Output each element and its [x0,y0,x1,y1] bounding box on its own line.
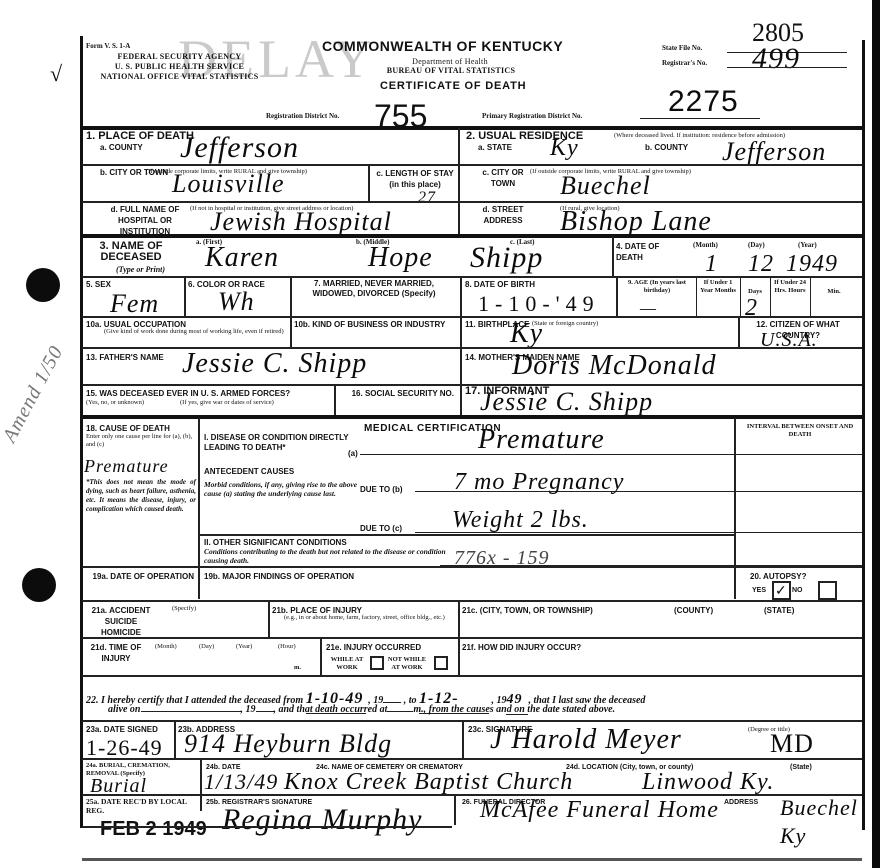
autopsy-yes-label: YES [752,585,766,596]
death-month-value: 1 [705,250,718,278]
death-day-value: 12 [748,250,774,278]
registrar-signature-value: Regina Murphy [222,806,422,834]
divider [460,201,862,203]
divider [460,385,462,415]
death-day-label: (Day) [748,242,765,250]
divider [82,794,862,796]
divider [740,277,741,317]
left-border [80,36,83,828]
form-number: Form V. S. 1-A [86,43,130,51]
minutes-label: Min. [814,288,854,296]
bureau: BUREAU OF VITAL STATISTICS [366,66,536,76]
place-of-injury-note: (e.g., in or about home, farm, factory, … [284,614,456,622]
funeral-address-label: ADDRESS [724,797,758,808]
divider [82,316,862,318]
underline [360,454,862,455]
residence-county-value: Jefferson [722,138,826,166]
divider [458,128,460,234]
residence-city-label: c. CITY OR TOWN [478,167,528,189]
operation-findings-label: 19b. MAJOR FINDINGS OF OPERATION [204,571,354,582]
punch-hole [22,568,56,602]
divider [82,675,862,677]
received-date-stamp: FEB 2 1949 [100,818,207,841]
divider [82,276,862,278]
divider [320,638,322,675]
divider [82,201,458,203]
divider [810,277,811,317]
primary-district-label: Primary Registration District No. [482,113,582,121]
while-at-work-checkbox[interactable] [370,656,384,670]
agency-line: U. S. PUBLIC HEALTH SERVICE [82,62,277,72]
cause-of-death-note: Enter only one cause per line for (a), (… [86,433,196,448]
armed-forces-label: 15. WAS DECEASED EVER IN U. S. ARMED FOR… [86,388,290,399]
last-name-value: Shipp [470,244,543,272]
place-of-death-heading: 1. PLACE OF DEATH [86,131,194,142]
divider [82,826,452,828]
divider [460,348,462,384]
divider [82,720,862,722]
cemetery-value: Knox Creek Baptist Church [284,768,573,796]
mother-name-value: Doris McDonald [512,352,717,380]
physician-address-value: 914 Heyburn Bldg [184,730,392,758]
divider [82,637,862,639]
punch-hole [26,268,60,302]
divider [462,721,464,758]
time-of-injury-label: 21d. TIME OF INJURY [86,642,146,664]
not-while-at-work-label: NOT WHILE AT WORK [384,656,430,671]
death-month-label: (Month) [693,242,718,250]
birthplace-value: Ky [510,320,543,348]
residence-street-value: Bishop Lane [560,208,712,236]
divider [734,567,736,599]
line-a-value: Premature [478,426,605,454]
name-of-deceased-label: 3. NAME OF DECEASED [86,241,176,263]
burial-date-value: 1/13/49 [204,768,278,796]
interval-label: INTERVAL BETWEEN ONSET AND DEATH [740,423,860,438]
divider [612,236,614,276]
primary-district-value: 2275 [668,88,739,116]
residence-city-value: Buechel [560,172,651,200]
middle-name-value: Hope [368,244,433,272]
death-county-value: Jefferson [180,134,299,162]
certification-statement-line2: alive on, 19, and that death occurred at… [108,704,615,715]
injury-county-label: (COUNTY) [674,605,713,616]
divider [738,317,740,347]
divider [184,277,186,317]
burial-location-state-label: (State) [790,762,812,773]
not-while-at-work-checkbox[interactable] [434,656,448,670]
occupation-note: (Give kind of work done during most of w… [104,328,284,336]
time-hour-label: (Hour) [278,643,296,651]
autopsy-yes-checkbox[interactable]: ✓ [772,581,791,600]
divider [770,277,771,317]
divider [198,534,734,536]
scan-edge [872,0,880,868]
residence-state-value: Ky [550,134,579,162]
divider [200,759,202,811]
statement-text: alive on [108,704,141,715]
due-c-value: Weight 2 lbs. [452,506,589,534]
date-of-birth-label: 8. DATE OF BIRTH [465,279,535,290]
business-label: 10b. KIND OF BUSINESS OR INDUSTRY [294,319,454,330]
divider [460,164,862,166]
divider [368,165,370,201]
divider [82,164,458,166]
divider [290,317,292,347]
received-date-label: 25a. DATE REC'D BY LOCAL REG. [86,797,196,815]
burial-location-value: Linwood Ky. [642,768,774,796]
antecedent-label: ANTECEDENT CAUSES [204,466,294,477]
registration-district-label: Registration District No. [266,113,339,121]
date-of-death-label: 4. DATE OF DEATH [616,241,662,263]
divider [174,721,176,758]
check-mark-icon: ✓ [775,584,787,596]
bottom-edge [82,858,862,861]
cause-margin-value: Premature [84,452,169,480]
county-label: a. COUNTY [100,142,143,153]
injury-city-label: 21c. (CITY, TOWN, OR TOWNSHIP) [462,605,593,616]
time-suffix: m. [294,664,301,672]
degree-value: MD [770,730,814,758]
death-year-label: (Year) [798,242,817,250]
statement-text: , 19 [241,704,256,715]
father-name-value: Jessie C. Shipp [182,350,367,378]
cause-footnote: *This does not mean the mode of dying, s… [86,478,196,514]
autopsy-no-checkbox[interactable] [818,581,837,600]
time-day-label: (Day) [199,643,214,651]
name-sub-label: (Type or Print) [116,265,165,274]
other-conditions-note: Conditions contributing to the death but… [204,547,454,565]
margin-amend-note: Amend 1/50 [0,341,70,448]
registrar-no-value: 499 [752,45,800,73]
hospital-label: d. FULL NAME OF HOSPITAL OR INSTITUTION [100,204,190,237]
divider [696,277,697,317]
armed-forces-note: (Yes, no, or unknown) [86,399,144,407]
time-year-label: (Year) [236,643,252,651]
funeral-director-value: McAfee Funeral Home [480,796,719,824]
how-injury-occurred-label: 21f. HOW DID INJURY OCCUR? [462,642,581,653]
residence-state-label: a. STATE [478,142,512,153]
antecedent-note: Morbid conditions, if any, giving rise t… [204,480,374,498]
divider [454,795,456,825]
first-name-value: Karen [205,244,279,272]
state-title: COMMONWEALTH OF KENTUCKY [322,38,563,54]
hours-label: If Under 24 Hrs. Hours [772,279,808,294]
residence-county-label: b. COUNTY [645,142,688,153]
social-security-label: 16. SOCIAL SECURITY NO. [338,388,454,399]
months-label: If Under 1 Year Months [698,279,738,294]
divider [734,418,736,566]
divider [460,277,462,317]
due-b-label: DUE TO (b) [360,484,403,495]
divider [290,277,292,317]
registrar-no-label: Registrar's No. [662,60,707,68]
due-b-value: 7 mo Pregnancy [454,468,624,496]
death-certificate-scan: √ Amend 1/50 DELAY Form V. S. 1-A FEDERA… [0,0,880,868]
informant-value: Jessie C. Shipp [480,388,653,416]
agency-line: FEDERAL SECURITY AGENCY [82,52,277,62]
spacer [200,458,201,460]
divider [460,317,462,347]
due-c-label: DUE TO (c) [360,523,402,534]
agency-block: FEDERAL SECURITY AGENCY U. S. PUBLIC HEA… [82,52,277,82]
death-city-value: Louisville [172,170,285,198]
date-of-birth-value: 1-10-'49 [478,290,600,318]
accident-note: (Specify) [172,605,196,613]
line-a-label: (a) [348,448,358,459]
length-of-stay-label: c. LENGTH OF STAY (in this place) [374,168,456,190]
agency-line: NATIONAL OFFICE VITAL STATISTICS [82,72,277,82]
divider [82,600,862,602]
statement-text: , and that death occurred at [274,704,388,715]
death-year-value: 1949 [786,250,838,278]
sex-value: Fem [110,290,159,318]
accident-label: 21a. ACCIDENT SUICIDE HOMICIDE [86,605,156,638]
divider [268,601,270,637]
sex-label: 5. SEX [86,279,111,290]
divider [334,385,336,415]
residence-street-label: d. STREET ADDRESS [478,204,528,226]
operation-date-label: 19a. DATE OF OPERATION [86,571,194,582]
underline [640,118,760,119]
statement-text: m., from the causes and on the date stat… [413,704,615,715]
divider [82,758,862,760]
citizenship-value: U.S.A. [760,326,818,354]
divider [616,277,618,317]
state-file-label: State File No. [662,45,702,53]
marital-status-label: 7. MARRIED, NEVER MARRIED, WIDOWED, DIVO… [294,279,454,299]
physician-signature-value: J Harold Meyer [490,726,682,754]
injury-state-label: (STATE) [764,605,794,616]
divider [198,418,200,566]
funeral-address-value: Buechel Ky [780,794,860,850]
divider [198,567,200,599]
underline [727,67,847,68]
age-label: 9. AGE (In years last birthday) [620,279,694,294]
certificate-title: CERTIFICATE OF DEATH [380,80,526,92]
race-value: Wh [218,288,255,316]
while-at-work-label: WHILE AT WORK [326,656,368,671]
injury-occurred-label: 21e. INJURY OCCURRED [326,642,421,653]
hospital-value: Jewish Hospital [210,208,392,236]
margin-check-mark: √ [50,60,63,88]
time-month-label: (Month) [155,643,177,651]
right-border [862,40,865,830]
father-name-label: 13. FATHER'S NAME [86,352,164,363]
autopsy-no-label: NO [792,585,803,596]
armed-forces-note2: (If yes, give war or dates of service) [180,399,274,407]
